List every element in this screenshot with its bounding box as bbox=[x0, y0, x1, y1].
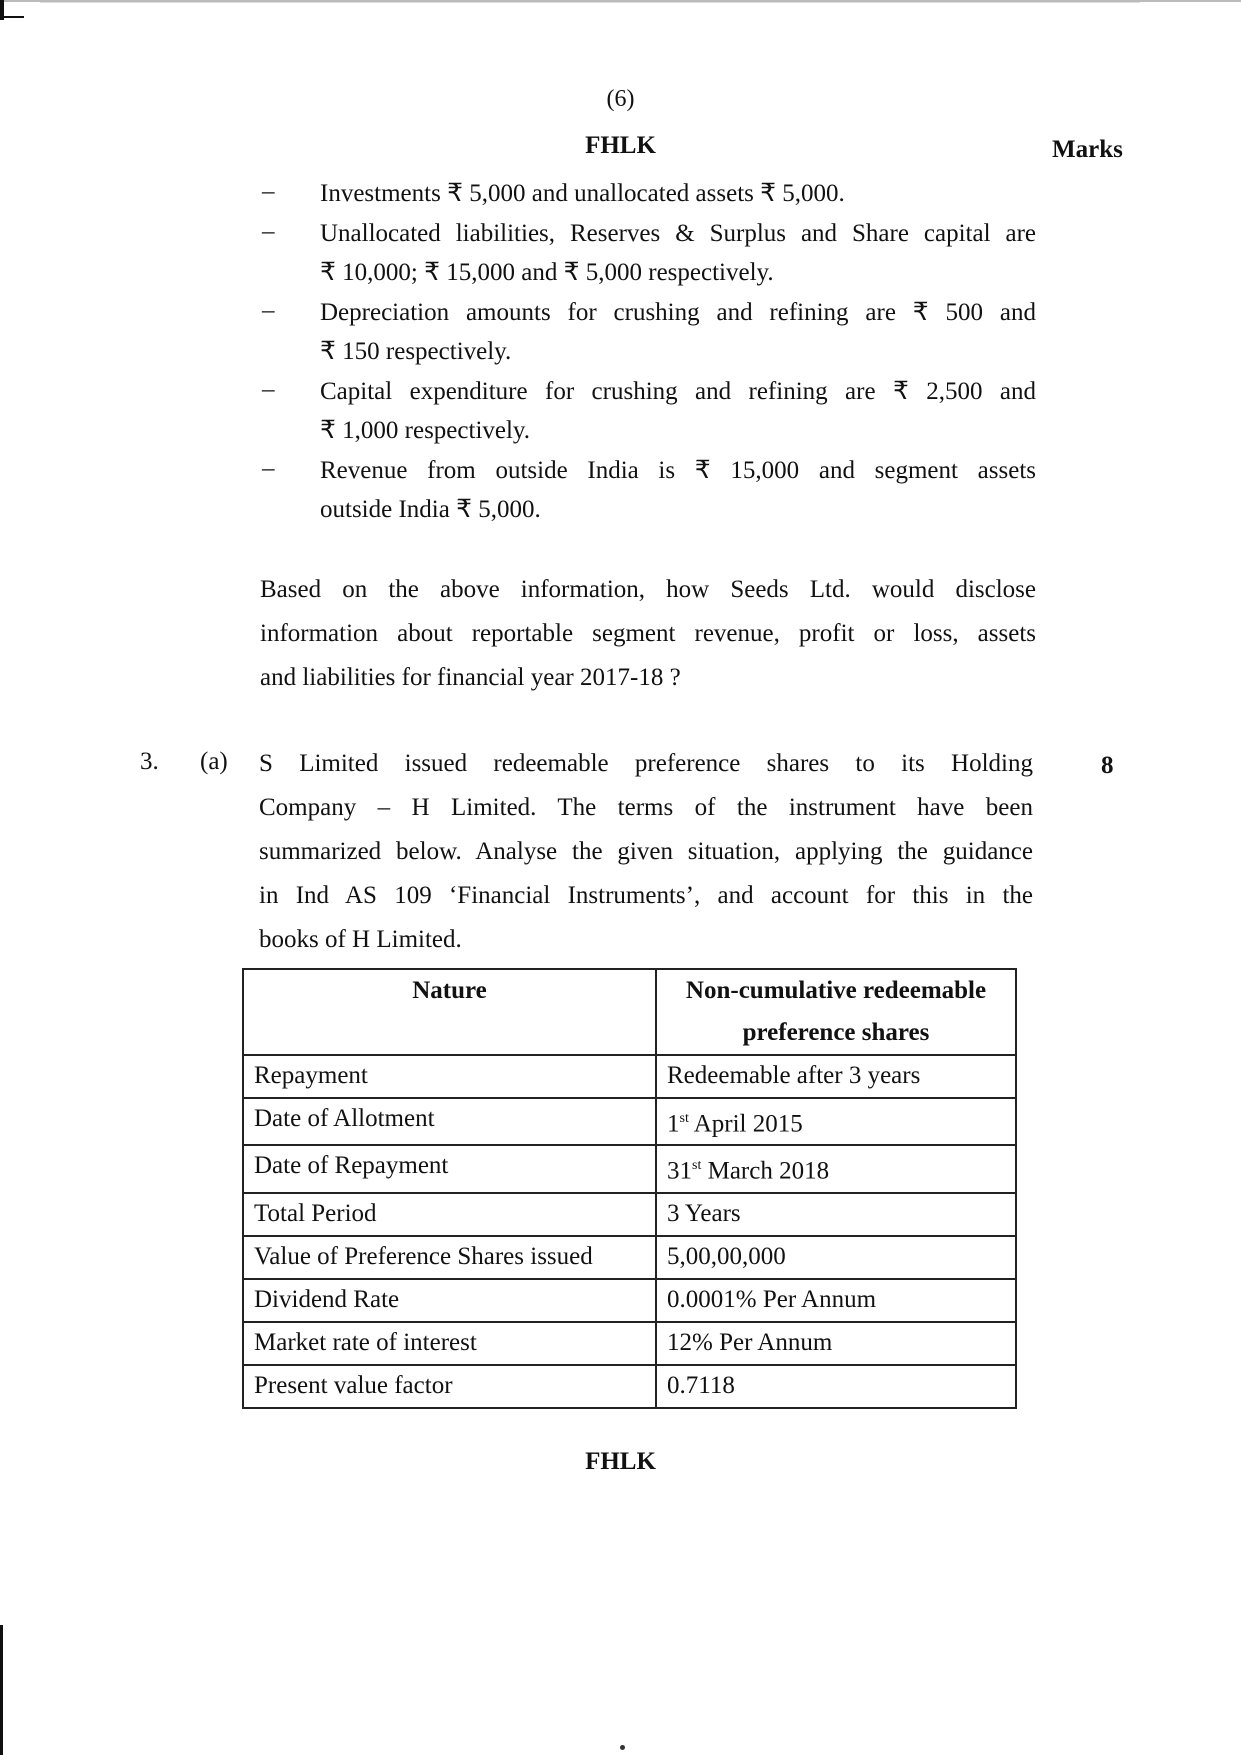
question-number: 3. bbox=[140, 748, 159, 776]
row-label: Dividend Rate bbox=[243, 1279, 656, 1322]
column-header-instrument: Non-cumulative redeemable preference sha… bbox=[656, 969, 1016, 1055]
paragraph-line: Based on the above information, how Seed… bbox=[260, 575, 1036, 605]
table-row: Market rate of interest12% Per Annum bbox=[243, 1322, 1016, 1365]
table-row: Value of Preference Shares issued5,00,00… bbox=[243, 1236, 1016, 1279]
table-row: Present value factor0.7118 bbox=[243, 1365, 1016, 1408]
instrument-terms-table: Nature Non-cumulative redeemable prefere… bbox=[242, 968, 1017, 1409]
row-value: 5,00,00,000 bbox=[656, 1236, 1016, 1279]
table-row: Dividend Rate0.0001% Per Annum bbox=[243, 1279, 1016, 1322]
question-line: books of H Limited. bbox=[259, 925, 462, 955]
row-value: 12% Per Annum bbox=[656, 1322, 1016, 1365]
row-value: 31st March 2018 bbox=[656, 1145, 1016, 1192]
table-row: Date of Allotment1st April 2015 bbox=[243, 1098, 1016, 1145]
row-label: Present value factor bbox=[243, 1365, 656, 1408]
scan-corner-mark-horizontal bbox=[0, 16, 24, 18]
row-label: Total Period bbox=[243, 1193, 656, 1236]
question-line: in Ind AS 109 ‘Financial Instruments’, a… bbox=[259, 881, 1033, 911]
table-row: Date of Repayment31st March 2018 bbox=[243, 1145, 1016, 1192]
bullet-dash: – bbox=[262, 178, 275, 206]
column-header-nature: Nature bbox=[243, 969, 656, 1055]
ordinal-suffix: st bbox=[680, 1111, 689, 1126]
marks-column-heading: Marks bbox=[1052, 136, 1123, 164]
question-line: Company – H Limited. The terms of the in… bbox=[259, 793, 1033, 823]
question-part: (a) bbox=[200, 748, 228, 776]
row-label: Date of Allotment bbox=[243, 1098, 656, 1145]
question-line: S Limited issued redeemable preference s… bbox=[259, 749, 1033, 779]
table-header-row: Nature Non-cumulative redeemable prefere… bbox=[243, 969, 1016, 1055]
bullet-text: Unallocated liabilities, Reserves & Surp… bbox=[320, 219, 1036, 249]
scan-edge-top-faint bbox=[40, 2, 1140, 3]
bullet-text-continuation: ₹ 150 respectively. bbox=[320, 337, 511, 367]
row-label: Value of Preference Shares issued bbox=[243, 1236, 656, 1279]
table-row: Total Period3 Years bbox=[243, 1193, 1016, 1236]
ordinal-suffix: st bbox=[692, 1158, 701, 1173]
row-label: Market rate of interest bbox=[243, 1322, 656, 1365]
row-label: Date of Repayment bbox=[243, 1145, 656, 1192]
bullet-text: Depreciation amounts for crushing and re… bbox=[320, 298, 1036, 328]
question-line: summarized below. Analyse the given situ… bbox=[259, 837, 1033, 867]
bullet-text-continuation: outside India ₹ 5,000. bbox=[320, 495, 541, 525]
bullet-dash: – bbox=[262, 376, 275, 404]
bullet-text: Investments ₹ 5,000 and unallocated asse… bbox=[320, 179, 845, 209]
scan-edge-left bbox=[0, 1625, 3, 1755]
scan-speck bbox=[620, 1745, 625, 1750]
bullet-dash: – bbox=[262, 297, 275, 325]
page-number: (6) bbox=[0, 86, 1241, 113]
paragraph-line: information about reportable segment rev… bbox=[260, 619, 1036, 649]
bullet-dash: – bbox=[262, 218, 275, 246]
table-row: RepaymentRedeemable after 3 years bbox=[243, 1055, 1016, 1098]
question-marks: 8 bbox=[1101, 752, 1114, 780]
bullet-dash: – bbox=[262, 455, 275, 483]
row-value: 3 Years bbox=[656, 1193, 1016, 1236]
row-value: 0.7118 bbox=[656, 1365, 1016, 1408]
row-value: 0.0001% Per Annum bbox=[656, 1279, 1016, 1322]
row-value: 1st April 2015 bbox=[656, 1098, 1016, 1145]
bullet-text-continuation: ₹ 1,000 respectively. bbox=[320, 416, 530, 446]
paper-code-footer: FHLK bbox=[0, 1448, 1241, 1476]
row-label: Repayment bbox=[243, 1055, 656, 1098]
bullet-text: Capital expenditure for crushing and ref… bbox=[320, 377, 1036, 407]
row-value: Redeemable after 3 years bbox=[656, 1055, 1016, 1098]
bullet-text: Revenue from outside India is ₹ 15,000 a… bbox=[320, 456, 1036, 486]
bullet-text-continuation: ₹ 10,000; ₹ 15,000 and ₹ 5,000 respectiv… bbox=[320, 258, 774, 288]
paragraph-line: and liabilities for financial year 2017-… bbox=[260, 663, 681, 693]
